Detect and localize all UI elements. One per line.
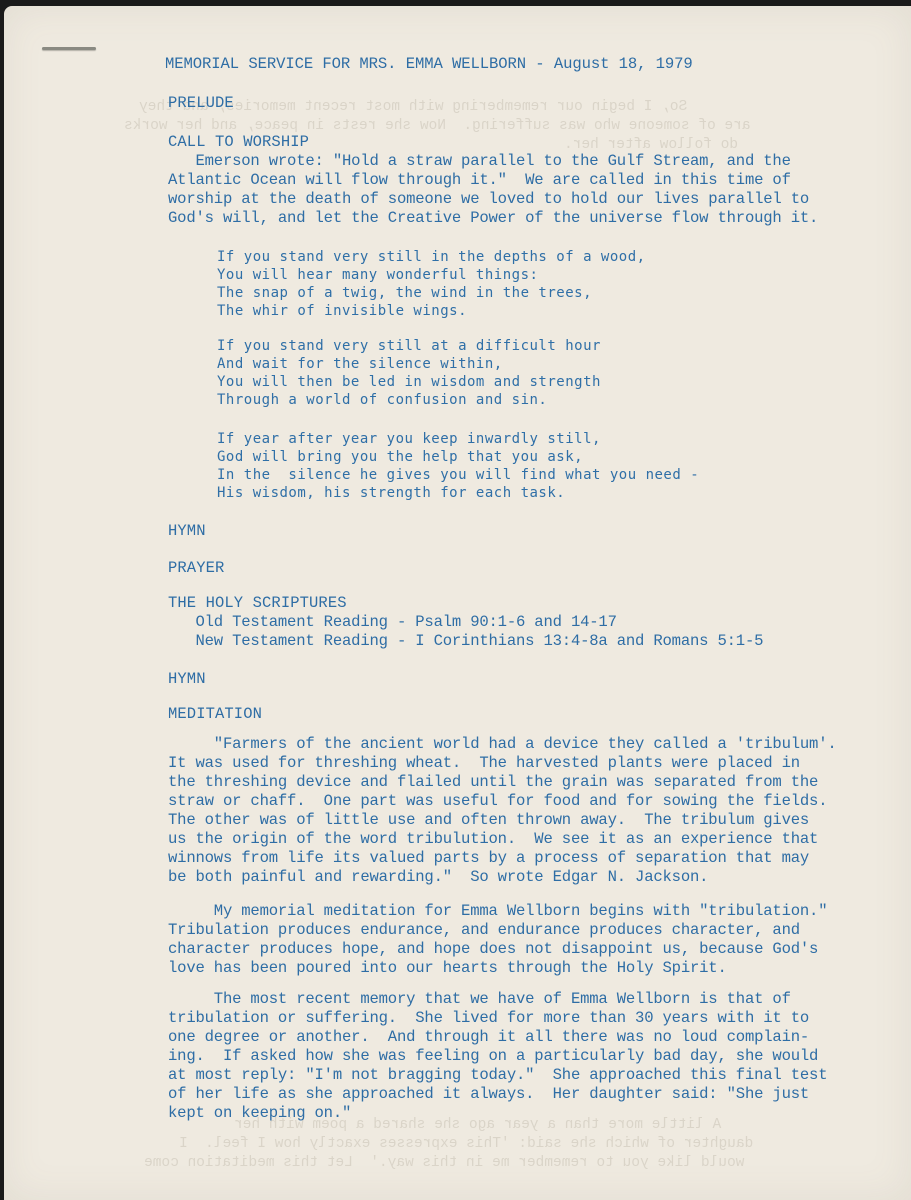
heading-holy-scriptures: THE HOLY SCRIPTURES — [168, 594, 347, 613]
meditation-line: tribulation or suffering. She lived for … — [168, 1009, 809, 1028]
meditation-line: character produces hope, and hope does n… — [168, 940, 818, 959]
heading-hymn: HYMN — [168, 670, 206, 689]
heading-call-to-worship: CALL TO WORSHIP — [168, 133, 309, 152]
bleed-through-text: would like you to remember me in this wa… — [144, 1154, 744, 1173]
staple-mark — [42, 47, 96, 50]
meditation-line: straw or chaff. One part was useful for … — [168, 792, 827, 811]
meditation-line: be both painful and rewarding." So wrote… — [168, 868, 708, 887]
heading-prelude: PRELUDE — [168, 94, 234, 113]
poem-line: You will hear many wonderful things: — [217, 267, 538, 285]
heading-hymn: HYMN — [168, 522, 206, 541]
bleed-through-text: daughter of which she said: 'This expres… — [179, 1135, 753, 1154]
document-page: So, I begin our remembering with most re… — [4, 6, 911, 1200]
poem-line: If year after year you keep inwardly sti… — [217, 431, 601, 449]
new-testament-reading: New Testament Reading - I Corinthians 13… — [168, 632, 763, 651]
poem-line: God will bring you the help that you ask… — [217, 449, 583, 467]
document-title: MEMORIAL SERVICE FOR MRS. EMMA WELLBORN … — [165, 55, 693, 74]
poem-line: The whir of invisible wings. — [217, 303, 467, 321]
call-to-worship-line: worship at the death of someone we loved… — [168, 190, 809, 209]
heading-meditation: MEDITATION — [168, 705, 262, 724]
meditation-line: The most recent memory that we have of E… — [168, 990, 791, 1009]
meditation-line: one degree or another. And through it al… — [168, 1028, 809, 1047]
poem-line: The snap of a twig, the wind in the tree… — [217, 285, 592, 303]
meditation-line: The other was of little use and often th… — [168, 811, 809, 830]
poem-line: If you stand very still in the depths of… — [217, 249, 646, 267]
poem-line: In the silence he gives you will find wh… — [217, 467, 699, 485]
meditation-line: "Farmers of the ancient world had a devi… — [168, 735, 837, 754]
meditation-line: It was used for threshing wheat. The har… — [168, 754, 800, 773]
poem-line: His wisdom, his strength for each task. — [217, 485, 565, 503]
meditation-line: love has been poured into our hearts thr… — [168, 959, 727, 978]
meditation-line: us the origin of the word tribulution. W… — [168, 830, 818, 849]
meditation-line: the threshing device and flailed until t… — [168, 773, 818, 792]
heading-prayer: PRAYER — [168, 559, 224, 578]
call-to-worship-line: Emerson wrote: "Hold a straw parallel to… — [168, 152, 791, 171]
poem-line: If you stand very still at a difficult h… — [217, 338, 601, 356]
meditation-line: My memorial meditation for Emma Wellborn… — [168, 902, 827, 921]
call-to-worship-line: God's will, and let the Creative Power o… — [168, 209, 818, 228]
old-testament-reading: Old Testament Reading - Psalm 90:1-6 and… — [168, 613, 617, 632]
poem-line: Through a world of confusion and sin. — [217, 392, 547, 410]
poem-line: You will then be led in wisdom and stren… — [217, 374, 601, 392]
meditation-line: Tribulation produces endurance, and endu… — [168, 921, 800, 940]
meditation-line: kept on keeping on." — [168, 1104, 351, 1123]
poem-line: And wait for the silence within, — [217, 356, 503, 374]
meditation-line: of her life as she approached it always.… — [168, 1085, 809, 1104]
meditation-line: ing. If asked how she was feeling on a p… — [168, 1047, 818, 1066]
call-to-worship-line: Atlantic Ocean will flow through it." We… — [168, 171, 791, 190]
meditation-line: winnows from life its valued parts by a … — [168, 849, 809, 868]
meditation-line: at most reply: "I'm not bragging today."… — [168, 1066, 827, 1085]
